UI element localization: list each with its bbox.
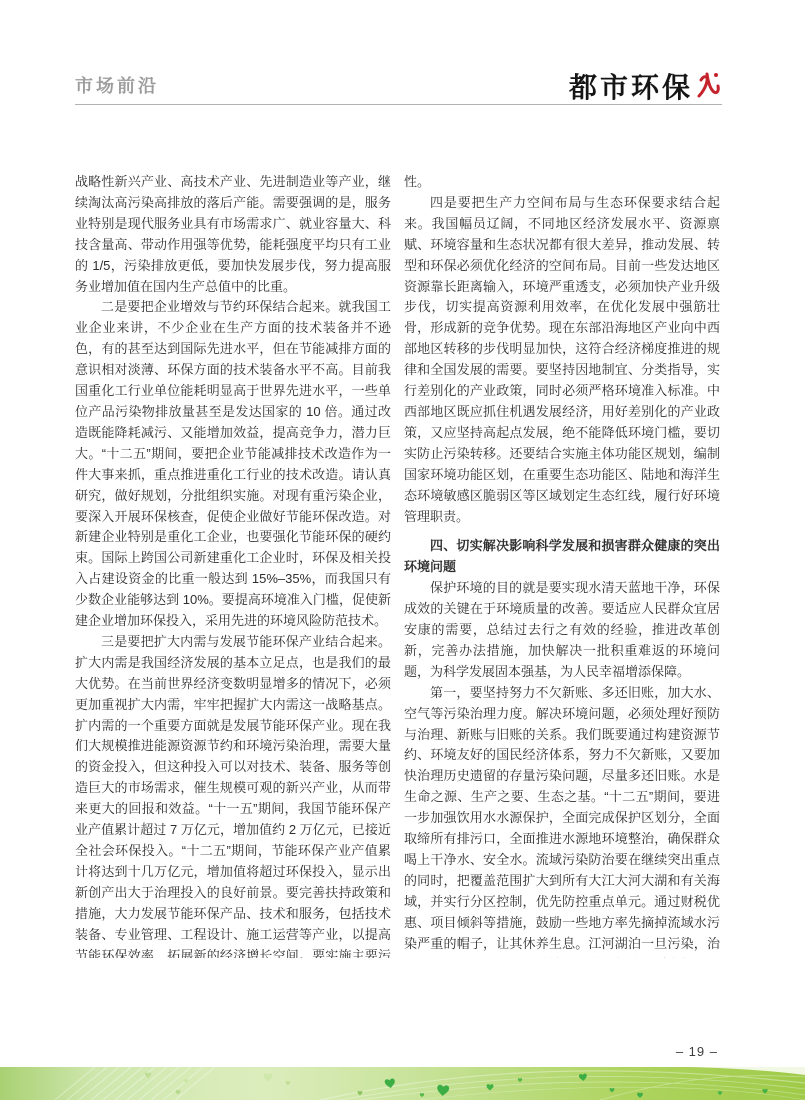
paragraph: 战略性新兴产业、高技术产业、先进制造业等产业，继续淘汰高污染高排放的落后产能。需… bbox=[75, 172, 391, 297]
article-column-right: 性。 四是要把生产力空间布局与生态环保要求结合起来。我国幅员辽阔，不同地区经济发… bbox=[404, 172, 720, 958]
paragraph: 四是要把生产力空间布局与生态环保要求结合起来。我国幅员辽阔，不同地区经济发展水平… bbox=[404, 193, 720, 528]
footer-decoration bbox=[0, 1067, 805, 1100]
paragraph: 第一，要坚持努力不欠新账、多还旧账，加大水、空气等污染治理力度。解决环境问题，必… bbox=[404, 683, 720, 958]
magazine-page: 市场前沿 都市环保 战略性新兴产业、高技术产业、先进制造业等产业，继续淘汰高污染… bbox=[0, 0, 805, 1100]
header-divider bbox=[75, 104, 722, 105]
magazine-logo: 都市环保 bbox=[569, 66, 721, 106]
page-number: – 19 – bbox=[676, 1044, 718, 1059]
paragraph: 保护环境的目的就是要实现水清天蓝地干净，环保成效的关键在于环境质量的改善。要适应… bbox=[404, 578, 720, 683]
section-title: 市场前沿 bbox=[75, 72, 159, 98]
paragraph: 二是要把企业增效与节约环保结合起来。就我国工业企业来讲，不少企业在生产方面的技术… bbox=[75, 297, 391, 632]
magazine-title: 都市环保 bbox=[569, 66, 693, 106]
paragraph: 三是要把扩大内需与发展节能环保产业结合起来。扩大内需是我国经济发展的基本立足点，… bbox=[75, 632, 391, 958]
section-heading: 四、切实解决影响科学发展和损害群众健康的突出环境问题 bbox=[404, 536, 720, 578]
logo-brush-icon bbox=[695, 70, 721, 100]
paragraph: 性。 bbox=[404, 172, 720, 193]
article-column-left: 战略性新兴产业、高技术产业、先进制造业等产业，继续淘汰高污染高排放的落后产能。需… bbox=[75, 172, 391, 958]
